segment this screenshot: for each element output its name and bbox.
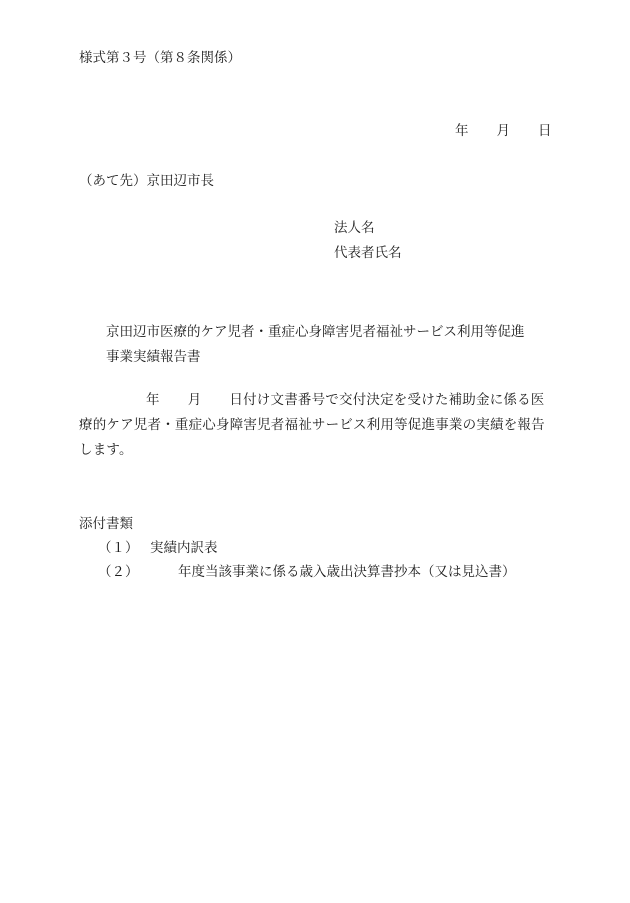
representative-name-label: 代表者氏名 (334, 247, 402, 261)
date-day-label: 日 (538, 125, 552, 139)
attachment-text: 年度当該事業に係る歳入歳出決算書抄本（又は見込書） (178, 564, 516, 580)
body-month-label: 月 (188, 392, 202, 408)
attachments: 添付書類 （１）実績内訳表 （２）年度当該事業に係る歳入歳出決算書抄本（又は見込… (79, 512, 516, 584)
title-line-2: 事業実績報告書 (106, 345, 525, 370)
body-paragraph: 年月日付け文書番号で交付決定を受けた補助金に係る医療的ケア児者・重症心身障害児者… (79, 388, 555, 463)
attachment-number: （２） (98, 560, 150, 584)
attachment-number: （１） (98, 536, 150, 560)
date-month-label: 月 (497, 125, 511, 139)
attachment-item: （２）年度当該事業に係る歳入歳出決算書抄本（又は見込書） (79, 560, 516, 584)
applicant-block: 法人名 代表者氏名 (334, 222, 402, 271)
addressee: （あて先）京田辺市長 (79, 175, 214, 189)
corporation-name-label: 法人名 (334, 222, 402, 236)
body-year-label: 年 (146, 392, 160, 408)
date-year-label: 年 (455, 125, 469, 139)
form-number: 様式第３号（第８条関係） (79, 52, 241, 66)
date-line: 年月日 (455, 125, 552, 139)
attachments-heading: 添付書類 (79, 512, 516, 536)
title-line-1: 京田辺市医療的ケア児者・重症心身障害児者福祉サービス利用等促進 (106, 320, 525, 345)
attachment-item: （１）実績内訳表 (79, 536, 516, 560)
document-title: 京田辺市医療的ケア児者・重症心身障害児者福祉サービス利用等促進 事業実績報告書 (106, 320, 525, 370)
attachment-text: 実績内訳表 (150, 540, 218, 556)
